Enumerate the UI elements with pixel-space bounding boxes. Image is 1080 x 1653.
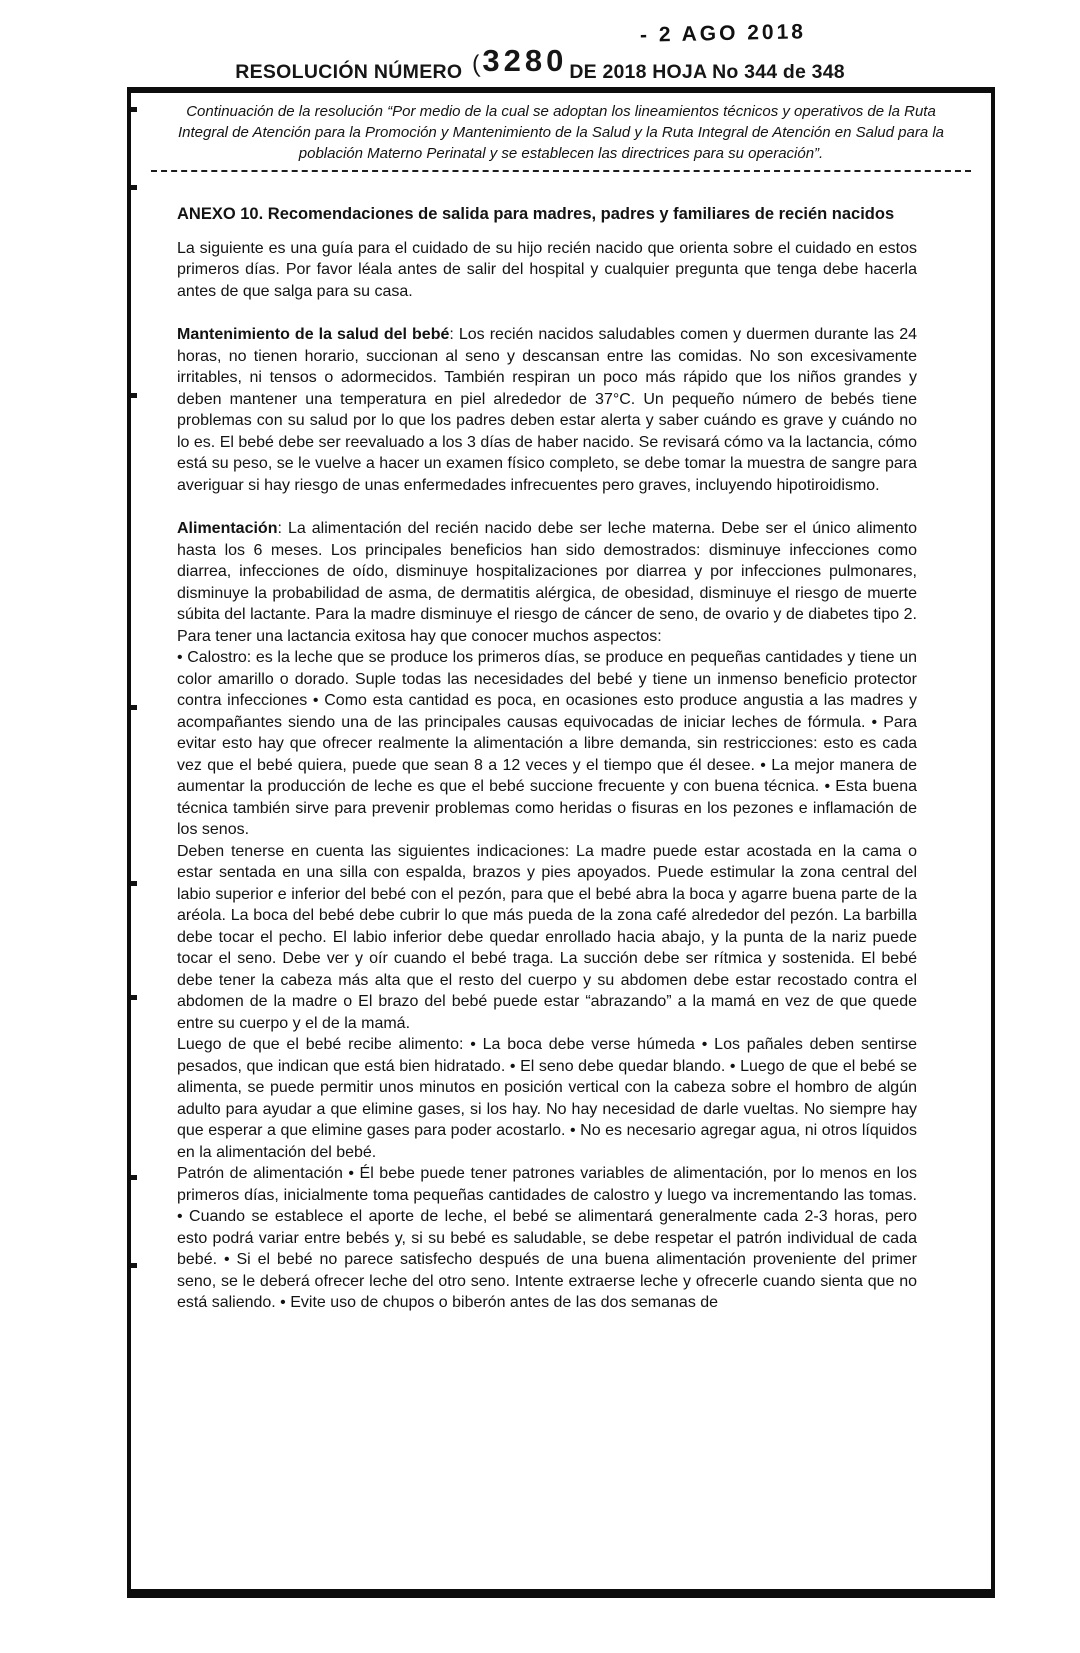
paragraph-feeding-pattern: Patrón de alimentación • Él bebe puede t… [177,1163,917,1314]
paragraph-feeding: Alimentación: La alimentación del recién… [177,518,917,647]
scan-artifact [131,185,137,190]
paragraph-after-feeding: Luego de que el bebé recibe alimento: • … [177,1034,917,1163]
paragraph-text: Patrón de alimentación • Él bebe puede t… [177,1165,917,1311]
scan-artifact [131,881,137,886]
paragraph-text: La siguiente es una guía para el cuidado… [177,240,917,300]
paragraph-text: Deben tenerse en cuenta las siguientes i… [177,843,917,1032]
paragraph-intro: La siguiente es una guía para el cuidado… [177,238,917,303]
paragraph-lead: Alimentación [177,520,277,537]
resolution-suffix: DE 2018 HOJA No 344 de 348 [569,61,844,84]
resolution-label: RESOLUCIÓN NÚMERO [235,61,462,84]
scan-artifact [131,1175,137,1180]
stamp-artifact-mark: ( [471,51,481,79]
paragraph-health-maintenance: Mantenimiento de la salud del bebé: Los … [177,324,917,496]
resolution-header: RESOLUCIÓN NÚMERO ( 3280 DE 2018 HOJA No… [0,50,1080,86]
paragraph-text: Luego de que el bebé recibe alimento: • … [177,1036,917,1161]
scan-artifact [131,995,137,1000]
paragraph-positioning: Deben tenerse en cuenta las siguientes i… [177,841,917,1035]
annex-heading: ANEXO 10. Recomendaciones de salida para… [177,204,917,226]
annex-body: ANEXO 10. Recomendaciones de salida para… [131,204,991,1314]
scan-artifact [131,393,137,398]
dashed-separator [151,170,971,172]
scan-artifact [131,1263,137,1268]
paragraph-lead: Mantenimiento de la salud del bebé [177,326,449,343]
paragraph-colostrum: • Calostro: es la leche que se produce l… [177,647,917,841]
paragraph-text: : La alimentación del recién nacido debe… [177,520,917,645]
paragraph-text: : Los recién nacidos saludables comen y … [177,326,917,494]
date-stamp: - 2 AGO 2018 [640,20,806,47]
stamped-resolution-number: 3280 [482,43,567,79]
paragraph-text: • Calostro: es la leche que se produce l… [177,649,917,838]
scan-artifact [131,705,137,710]
continuation-prefix: Continuación de la resolución [186,103,387,120]
document-border-box: Continuación de la resolución “Por medio… [127,87,995,1598]
continuation-note: Continuación de la resolución “Por medio… [169,101,953,164]
scan-artifact [131,107,137,112]
scanned-document-page: - 2 AGO 2018 RESOLUCIÓN NÚMERO ( 3280 DE… [0,0,1080,1653]
